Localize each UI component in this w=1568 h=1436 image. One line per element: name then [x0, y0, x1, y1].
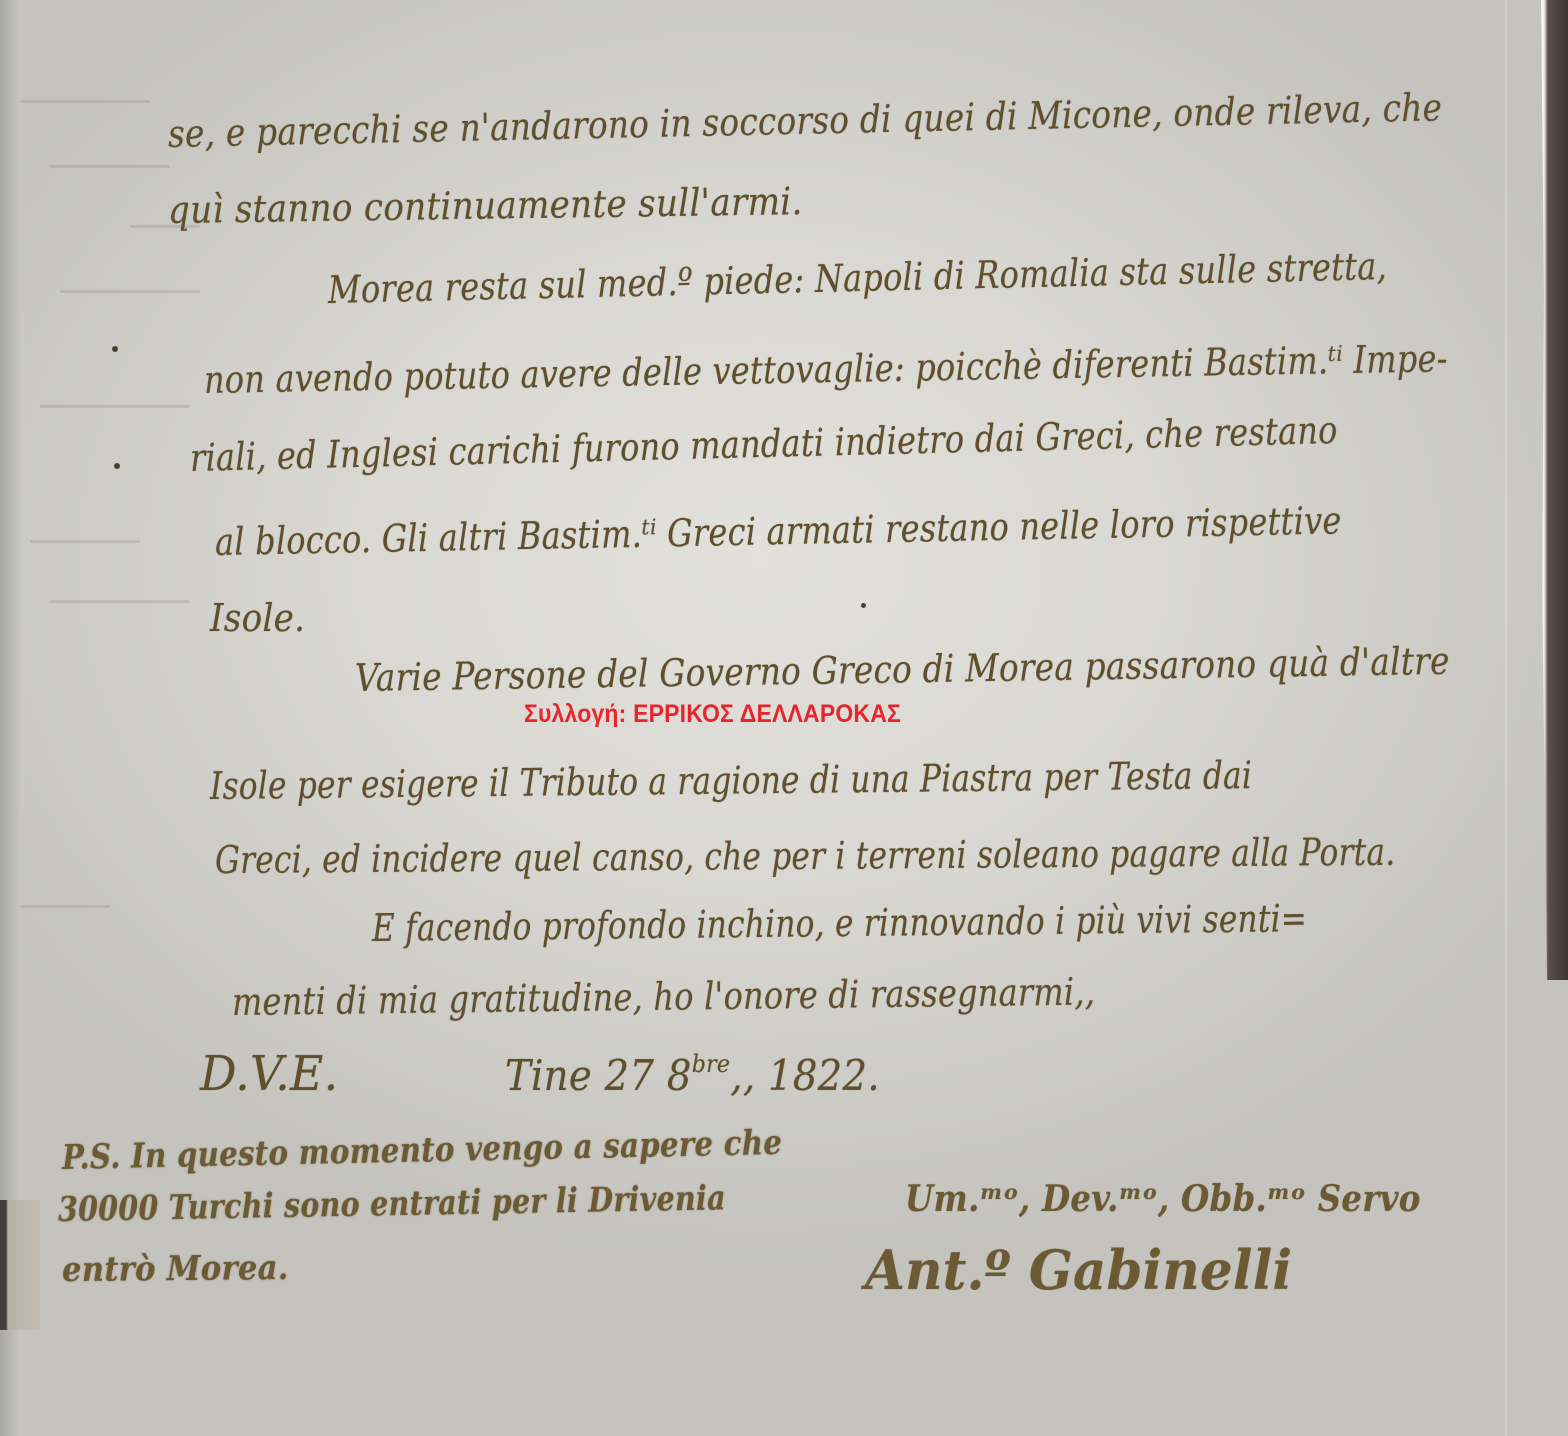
letter-line-2: quì stanno continuamente sull'armi. [168, 179, 803, 232]
bleed-through-mark [20, 905, 110, 908]
bleed-through-mark [40, 405, 190, 408]
bleed-through-mark [30, 540, 140, 543]
postscript-line-3: entrò Morea. [62, 1248, 289, 1290]
ink-spot [112, 346, 118, 352]
ink-spot [114, 463, 120, 469]
signature-name: Ant.º Gabinelli [865, 1238, 1292, 1302]
letter-line-10: Greci, ed incidere quel canso, che per i… [215, 830, 1396, 882]
ink-spot [861, 603, 866, 608]
paper-fold-line [1505, 0, 1509, 1436]
bleed-through-mark [20, 100, 150, 103]
left-edge-stain [0, 1200, 40, 1330]
bleed-through-mark [60, 290, 200, 293]
place-and-date: Tine 27 8bre,, 1822. [505, 1050, 880, 1100]
month-superscript: bre [692, 1050, 731, 1078]
bleed-through-mark [50, 600, 190, 603]
collection-watermark: Συλλογή: ΕΡΡΙΚΟΣ ΔΕΛΛΑΡΟΚΑΣ [524, 700, 901, 729]
date-prefix: Tine 27 8 [505, 1051, 692, 1100]
letter-photo: se, e parecchi se n'andarono in soccorso… [0, 0, 1568, 1436]
bleed-through-mark [50, 165, 170, 168]
letter-line-7: Isole. [210, 596, 305, 640]
closing-salutation: D.V.E. [200, 1046, 338, 1102]
signature-formula: Um.ᵐᵒ, Dev.ᵐᵒ, Obb.ᵐᵒ Servo [905, 1178, 1421, 1220]
date-suffix: ,, 1822. [730, 1051, 880, 1100]
